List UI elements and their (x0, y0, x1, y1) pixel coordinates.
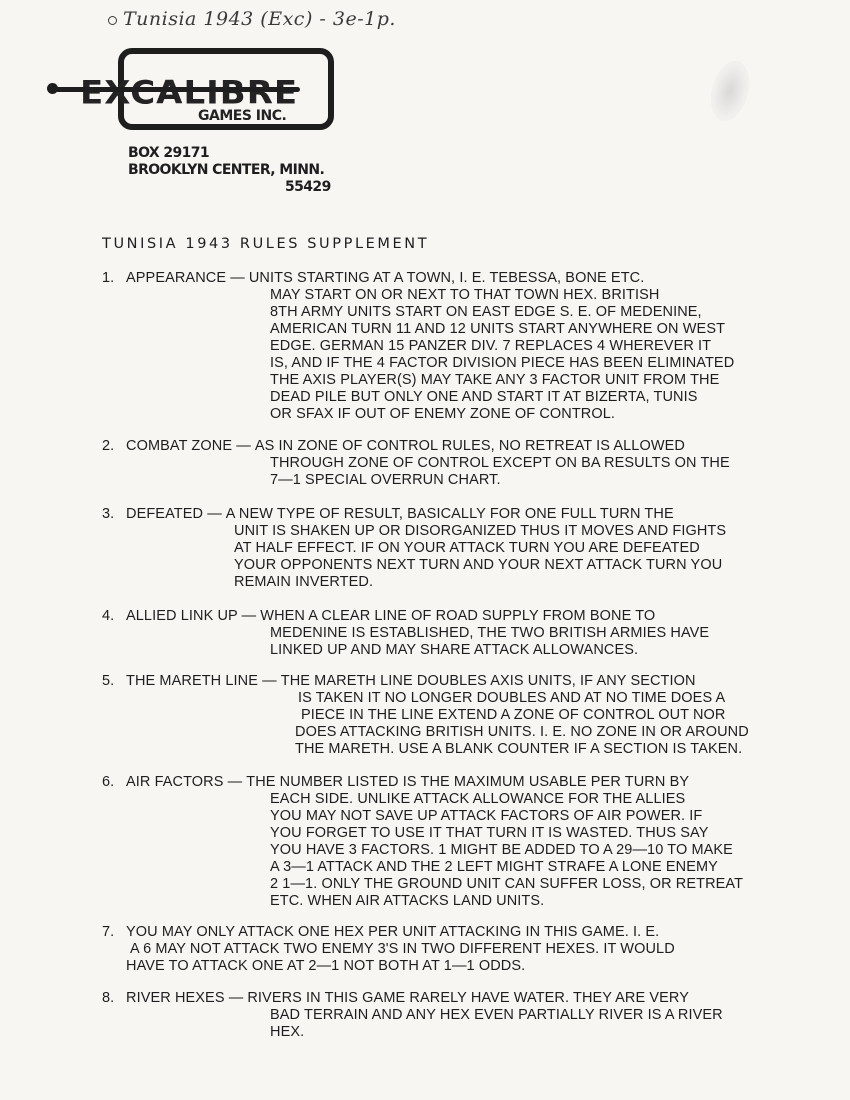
rule-heading: ALLIED LINK UP — (126, 608, 256, 624)
rule-line: IS TAKEN IT NO LONGER DOUBLES AND AT NO … (102, 690, 830, 707)
address-line: BOX 29171 (128, 145, 331, 162)
rule-line: MAY START ON OR NEXT TO THAT TOWN HEX. B… (102, 287, 830, 304)
sword-icon (48, 87, 300, 92)
rule-heading: RIVER HEXES — (126, 990, 243, 1006)
rule-heading: DEFEATED — (126, 506, 222, 522)
rule-heading: AIR FACTORS — (126, 774, 242, 790)
rule-line: THROUGH ZONE OF CONTROL EXCEPT ON BA RES… (102, 455, 830, 472)
rule-line: 7—1 SPECIAL OVERRUN CHART. (102, 472, 830, 489)
rule-text: WHEN A CLEAR LINE OF ROAD SUPPLY FROM BO… (260, 608, 655, 624)
rule-item: 3.DEFEATED —A NEW TYPE OF RESULT, BASICA… (102, 506, 830, 591)
rule-number: 6. (102, 774, 126, 791)
sword-pommel-icon (47, 83, 58, 94)
rule-line: HEX. (102, 1024, 830, 1041)
address-zip: 55429 (128, 179, 331, 196)
rule-line: HAVE TO ATTACK ONE AT 2—1 NOT BOTH AT 1—… (102, 958, 830, 975)
rule-line: REMAIN INVERTED. (102, 574, 830, 591)
rule-number: 5. (102, 673, 126, 690)
rule-line: A 3—1 ATTACK AND THE 2 LEFT MIGHT STRAFE… (102, 859, 830, 876)
rule-line: YOU MAY NOT SAVE UP ATTACK FACTORS OF AI… (102, 808, 830, 825)
rule-text: THE MARETH LINE DOUBLES AXIS UNITS, IF A… (281, 673, 696, 689)
rule-text: RIVERS IN THIS GAME RARELY HAVE WATER. T… (247, 990, 689, 1006)
rule-line: YOUR OPPONENTS NEXT TURN AND YOUR NEXT A… (102, 557, 830, 574)
rule-line: 3.DEFEATED —A NEW TYPE OF RESULT, BASICA… (102, 506, 830, 523)
rule-line: DOES ATTACKING BRITISH UNITS. I. E. NO Z… (102, 724, 830, 741)
rule-line: DEAD PILE BUT ONLY ONE AND START IT AT B… (102, 389, 830, 406)
rule-number: 7. (102, 924, 126, 941)
rule-item: 4.ALLIED LINK UP —WHEN A CLEAR LINE OF R… (102, 608, 830, 659)
rule-number: 2. (102, 438, 126, 455)
rule-line: MEDENINE IS ESTABLISHED, THE TWO BRITISH… (102, 625, 830, 642)
rule-line: 8TH ARMY UNITS START ON EAST EDGE S. E. … (102, 304, 830, 321)
rule-heading: COMBAT ZONE — (126, 438, 251, 454)
rule-line: EACH SIDE. UNLIKE ATTACK ALLOWANCE FOR T… (102, 791, 830, 808)
document-title: TUNISIA 1943 RULES SUPPLEMENT (102, 236, 429, 252)
rule-heading: APPEARANCE — (126, 270, 245, 286)
rule-item: 5.THE MARETH LINE —THE MARETH LINE DOUBL… (102, 673, 830, 758)
rule-line: PIECE IN THE LINE EXTEND A ZONE OF CONTR… (102, 707, 830, 724)
rule-line: 7.YOU MAY ONLY ATTACK ONE HEX PER UNIT A… (102, 924, 830, 941)
logo-subtitle: GAMES INC. (198, 108, 286, 124)
rule-heading: THE MARETH LINE — (126, 673, 277, 689)
rule-line: OR SFAX IF OUT OF ENEMY ZONE OF CONTROL. (102, 406, 830, 423)
rule-number: 1. (102, 270, 126, 287)
rule-item: 2.COMBAT ZONE —AS IN ZONE OF CONTROL RUL… (102, 438, 830, 489)
rule-line: YOU HAVE 3 FACTORS. 1 MIGHT BE ADDED TO … (102, 842, 830, 859)
rule-line: 2 1—1. ONLY THE GROUND UNIT CAN SUFFER L… (102, 876, 830, 893)
scan-smudge (705, 56, 756, 125)
rule-line: BAD TERRAIN AND ANY HEX EVEN PARTIALLY R… (102, 1007, 830, 1024)
rule-line: AMERICAN TURN 11 AND 12 UNITS START ANYW… (102, 321, 830, 338)
rule-item: 1.APPEARANCE —UNITS STARTING AT A TOWN, … (102, 270, 830, 423)
rule-text: THE NUMBER LISTED IS THE MAXIMUM USABLE … (246, 774, 689, 790)
rule-text: UNITS STARTING AT A TOWN, I. E. TEBESSA,… (249, 270, 645, 286)
address-line: BROOKLYN CENTER, MINN. (128, 162, 331, 179)
rule-item: 8.RIVER HEXES —RIVERS IN THIS GAME RAREL… (102, 990, 830, 1041)
rule-line: A 6 MAY NOT ATTACK TWO ENEMY 3'S IN TWO … (102, 941, 830, 958)
rule-line: ETC. WHEN AIR ATTACKS LAND UNITS. (102, 893, 830, 910)
bullet-circle-icon (108, 16, 117, 25)
rule-number: 4. (102, 608, 126, 625)
rule-line: LINKED UP AND MAY SHARE ATTACK ALLOWANCE… (102, 642, 830, 659)
rule-line: THE AXIS PLAYER(S) MAY TAKE ANY 3 FACTOR… (102, 372, 830, 389)
rule-number: 3. (102, 506, 126, 523)
company-address: BOX 29171 BROOKLYN CENTER, MINN. 55429 (128, 145, 331, 196)
rule-line: AT HALF EFFECT. IF ON YOUR ATTACK TURN Y… (102, 540, 830, 557)
rule-text: YOU MAY ONLY ATTACK ONE HEX PER UNIT ATT… (126, 924, 659, 940)
rule-item: 6.AIR FACTORS —THE NUMBER LISTED IS THE … (102, 774, 830, 910)
rule-line: THE MARETH. USE A BLANK COUNTER IF A SEC… (102, 741, 830, 758)
rule-line: 6.AIR FACTORS —THE NUMBER LISTED IS THE … (102, 774, 830, 791)
rule-line: 1.APPEARANCE —UNITS STARTING AT A TOWN, … (102, 270, 830, 287)
rule-line: YOU FORGET TO USE IT THAT TURN IT IS WAS… (102, 825, 830, 842)
logo-wordmark: EXCALIBRE (80, 74, 298, 112)
rule-line: IS, AND IF THE 4 FACTOR DIVISION PIECE H… (102, 355, 830, 372)
rule-text: AS IN ZONE OF CONTROL RULES, NO RETREAT … (255, 438, 685, 454)
rule-line: 8.RIVER HEXES —RIVERS IN THIS GAME RAREL… (102, 990, 830, 1007)
rule-item: 7.YOU MAY ONLY ATTACK ONE HEX PER UNIT A… (102, 924, 830, 975)
rule-line: UNIT IS SHAKEN UP OR DISORGANIZED THUS I… (102, 523, 830, 540)
handwritten-note: Tunisia 1943 (Exc) - 3e-1p. (108, 8, 396, 30)
rule-text: A NEW TYPE OF RESULT, BASICALLY FOR ONE … (226, 506, 674, 522)
rule-line: 5.THE MARETH LINE —THE MARETH LINE DOUBL… (102, 673, 830, 690)
document-page: Tunisia 1943 (Exc) - 3e-1p. EXCALIBRE GA… (0, 0, 850, 1100)
rule-line: 4.ALLIED LINK UP —WHEN A CLEAR LINE OF R… (102, 608, 830, 625)
rule-line: EDGE. GERMAN 15 PANZER DIV. 7 REPLACES 4… (102, 338, 830, 355)
rule-line: 2.COMBAT ZONE —AS IN ZONE OF CONTROL RUL… (102, 438, 830, 455)
rule-number: 8. (102, 990, 126, 1007)
